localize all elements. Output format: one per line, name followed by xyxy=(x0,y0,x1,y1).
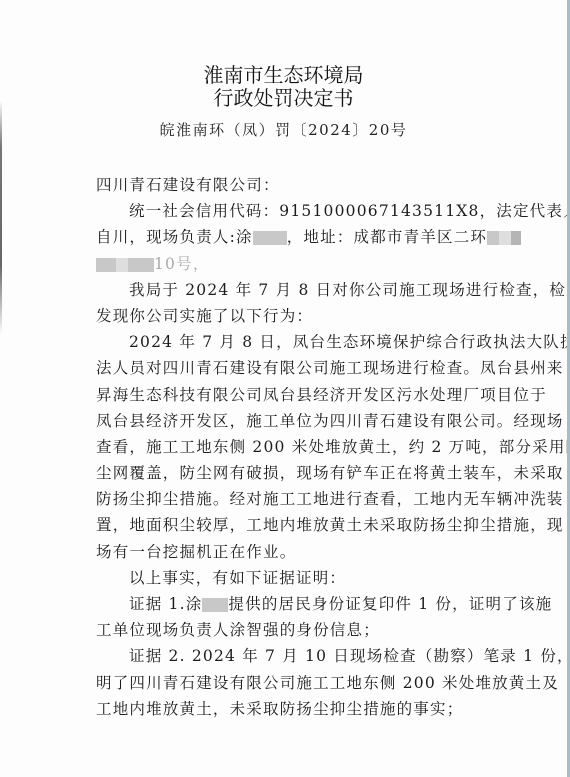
party-info-line-1: 统一社会信用代码：9151000067143511X8，法定代表人：裴 xyxy=(96,198,488,224)
redacted-address-4 xyxy=(96,258,116,272)
evidence-2-line-2: 明了四川青石建设有限公司施工工地东侧 200 米处堆放黄土及 xyxy=(96,670,488,696)
facts-line: 法人员对四川青石建设有限公司施工现场进行检查。凤台县州来 xyxy=(96,355,488,381)
party-info-line-3: 10号， xyxy=(96,251,488,277)
party-info-line-2: 自川，现场负责人:涂，地址：成都市青羊区二环 xyxy=(96,224,488,250)
document-type-title: 行政处罚决定书 xyxy=(0,87,567,109)
evidence-1-text-a: 证据 1.涂 xyxy=(129,595,202,613)
facts-line: 查看，施工工地东侧 200 米处堆放黄土，约 2 万吨，部分采用防 xyxy=(96,434,488,460)
issuing-authority-title: 淮南市生态环境局 xyxy=(0,64,567,86)
redacted-address-5 xyxy=(116,258,128,272)
evidence-1-line-1: 证据 1.涂提供的居民身份证复印件 1 份，证明了该施 xyxy=(96,591,488,617)
inspection-intro-line-1: 我局于 2024 年 7 月 8 日对你公司施工现场进行检查，检查 xyxy=(96,277,488,303)
party-info-text-a: 自川，现场负责人:涂 xyxy=(96,228,253,246)
redacted-address-6 xyxy=(128,258,154,272)
redacted-address-1 xyxy=(487,231,499,245)
document-number: 皖淮南环（凤）罚〔2024〕20号 xyxy=(0,120,567,140)
facts-line: 防扬尘抑尘措施。经对施工工地进行查看，工地内无车辆冲洗装 xyxy=(96,486,488,512)
evidence-intro: 以上事实，有如下证据证明： xyxy=(96,565,488,591)
evidence-2-line-3: 工地内堆放黄土，未采取防扬尘抑尘措施的事实； xyxy=(96,696,488,722)
document-page: 淮南市生态环境局 行政处罚决定书 皖淮南环（凤）罚〔2024〕20号 四川青石建… xyxy=(0,0,567,777)
redacted-address-2 xyxy=(499,231,511,245)
facts-line: 场有一台挖掘机正在作业。 xyxy=(96,539,488,565)
facts-line: 2024 年 7 月 8 日，凤台生态环境保护综合行政执法大队执 xyxy=(96,329,488,355)
addressee: 四川青石建设有限公司： xyxy=(96,172,488,198)
evidence-2-line-1: 证据 2. 2024 年 7 月 10 日现场检查（勘察）笔录 1 份，证 xyxy=(96,643,488,669)
facts-line: 尘网覆盖，防尘网有破损，现场有铲车正在将黄土装车，未采取 xyxy=(96,460,488,486)
redacted-name-2 xyxy=(202,598,228,612)
redacted-address-3 xyxy=(511,231,521,245)
facts-line: 凤台县经济开发区，施工单位为四川青石建设有限公司。经现场 xyxy=(96,408,488,434)
evidence-1-line-2: 工单位现场负责人涂智强的身份信息； xyxy=(96,617,488,643)
redacted-name xyxy=(253,231,287,245)
facts-line: 昇海生态科技有限公司凤台县经济开发区污水处理厂项目位于 xyxy=(96,382,488,408)
party-info-text-b: ，地址：成都市青羊区二环 xyxy=(287,228,487,246)
inspection-intro-line-2: 发现你公司实施了以下行为： xyxy=(96,303,488,329)
facts-line: 置，地面积尘较厚，工地内堆放黄土未采取防扬尘抑尘措施，现 xyxy=(96,512,488,538)
document-body: 四川青石建设有限公司： 统一社会信用代码：9151000067143511X8，… xyxy=(96,172,488,722)
evidence-1-text-b: 提供的居民身份证复印件 1 份，证明了该施 xyxy=(228,595,552,613)
party-info-tail: 10号， xyxy=(154,255,210,273)
